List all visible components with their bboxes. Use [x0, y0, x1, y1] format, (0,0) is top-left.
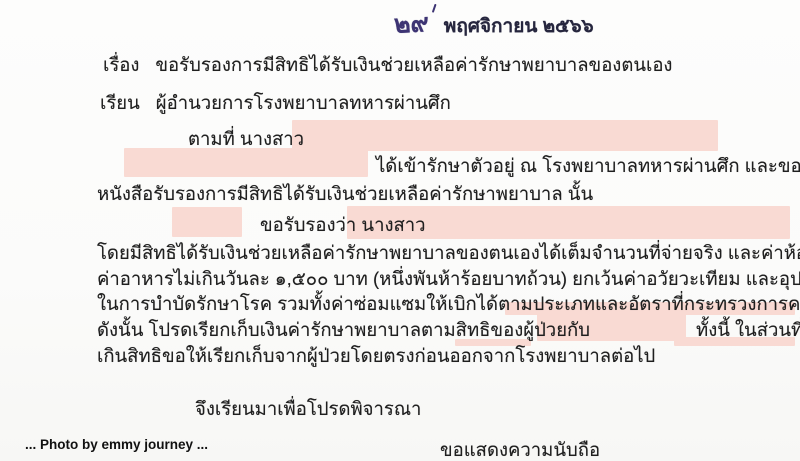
recipient-line: เรียน ผู้อำนวยการโรงพยาบาลทหารผ่านศึก [100, 90, 451, 116]
referral-prefix: ตามที่ นางสาว [188, 126, 304, 152]
photo-credit-watermark: ... Photo by emmy journey ... [25, 437, 208, 452]
handwritten-day: ๒๙ [393, 3, 430, 45]
document-page: ๒๙ พฤศจิกายน ๒๕๖๖ เรื่อง ขอรับรองการมีสิ… [0, 0, 800, 461]
subject-text: ขอรับรองการมีสิทธิได้รับเงินช่วยเหลือค่า… [155, 52, 672, 78]
certificate-request-text: หนังสือรับรองการมีสิทธิได้รับเงินช่วยเหล… [97, 181, 593, 207]
instruction-suffix: ทั้งนี้ ในส่วนที่ [696, 317, 800, 343]
handwriting-tick-stroke [432, 4, 437, 13]
certification-statement: ขอรับรองว่า นางสาว [260, 212, 426, 238]
salutation-line: ขอแสดงความนับถือ [440, 437, 600, 461]
redaction-block-name-3 [172, 207, 242, 237]
subject-line: เรื่อง ขอรับรองการมีสิทธิได้รับเงินช่วยเ… [103, 52, 672, 78]
subject-label: เรื่อง [103, 52, 139, 78]
recipient-label: เรียน [100, 90, 140, 116]
date-line: ๒๙ พฤศจิกายน ๒๕๖๖ [394, 4, 594, 44]
date-text: พฤศจิกายน ๒๕๖๖ [444, 11, 594, 41]
entitlement-line-2: ค่าอาหารไม่เกินวันละ ๑,๕๐๐ บาท (หนึ่งพัน… [97, 266, 800, 292]
admission-text: ได้เข้ารักษาตัวอยู่ ณ โรงพยาบาลทหารผ่านศ… [376, 153, 800, 179]
recipient-text: ผู้อำนวยการโรงพยาบาลทหารผ่านศึก [156, 90, 451, 116]
instruction-prefix: ดังนั้น โปรดเรียกเก็บเงินค่ารักษาพยาบาลต… [97, 317, 590, 343]
entitlement-line-1: โดยมีสิทธิได้รับเงินช่วยเหลือค่ารักษาพยา… [97, 240, 800, 266]
redaction-block-name-1 [292, 120, 718, 151]
entitlement-line-3: ในการบำบัดรักษาโรค รวมทั้งค่าซ่อมแซมให้เ… [97, 291, 800, 317]
excess-charge-line: เกินสิทธิขอให้เรียกเก็บจากผู้ป่วยโดยตรงก… [97, 343, 655, 369]
redaction-block-name-2 [124, 148, 368, 177]
closing-line: จึงเรียนมาเพื่อโปรดพิจารณา [195, 396, 421, 422]
